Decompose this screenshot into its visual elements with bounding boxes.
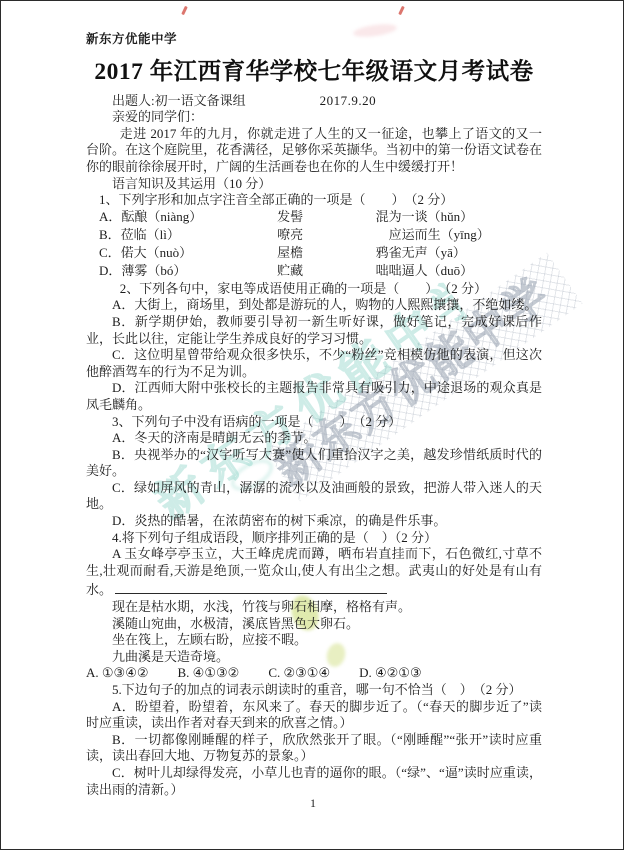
q1-row-d: D．薄雾（bó） 贮藏 咄咄逼人（duō） bbox=[99, 263, 542, 281]
q4-sentence-1: 现在是枯水期，水浅，竹筏与卵石相摩，格格有声。 bbox=[86, 599, 542, 616]
q1-d-word2: 贮藏 bbox=[277, 263, 376, 281]
q2-stem: 2、下列各句中，家电等成语使用正确的一项是（ ） （2 分） bbox=[86, 281, 542, 298]
q1-c-word: C．偌大（nuò） bbox=[99, 245, 277, 263]
page-number: 1 bbox=[1, 796, 624, 811]
q2-option-b: B．新学期伊始，教师要引导初一新生听好课，做好笔记，完成好课后作业，长此以往，定… bbox=[86, 314, 542, 347]
q4-passage: A 玉女峰亭亭玉立，大王峰虎虎而蹲，晒布岩直挂而下，石色微红,寸草不生,壮观而耐… bbox=[86, 546, 542, 599]
q4-sentence-2: 溪随山宛曲，水极清，溪底皆黑色大卵石。 bbox=[86, 616, 542, 633]
q3-stem: 3、下列句子中没有语病的一项是（ ） （2 分） bbox=[86, 414, 542, 431]
q1-options-table: A．酝酿（niàng） 发髻 混为一谈（hǔn） B．莅临（lì） 嘹亮 应运而… bbox=[99, 209, 542, 281]
section-title: 语言知识及其运用（10 分） bbox=[86, 176, 542, 193]
q5-option-c: C．树叶儿却绿得发亮，小草儿也青的逼你的眼。（“绿”、“逼”读时应重读，读出雨的… bbox=[86, 765, 542, 798]
q4-choice-c: C. ②③①④ bbox=[268, 665, 330, 682]
q1-b-word3: 应运而生（yīng） bbox=[376, 227, 542, 245]
q1-a-word2: 发髻 bbox=[277, 209, 376, 227]
q5-option-a: A．盼望着，盼望着，东风来了。春天的脚步近了。（“春天的脚步近了”读时应重读，读… bbox=[86, 699, 542, 732]
intro-paragraph: 走进 2017 年的九月，你就走进了人生的又一征途，也攀上了语文的又一台阶。在这… bbox=[86, 126, 542, 176]
q2-option-a: A．大街上，商场里，到处都是游玩的人，购物的人熙熙攘攘，不绝如缕。 bbox=[86, 297, 542, 314]
q1-b-word2: 嘹亮 bbox=[277, 227, 376, 245]
q2-option-d: D．江西师大附中张校长的主题报告非常具有吸引力，中途退场的观众真是凤毛麟角。 bbox=[86, 380, 542, 413]
q4-sentence-3: 坐在筏上，左顾右盼，应接不暇。 bbox=[86, 632, 542, 649]
q1-stem: 1、下列字形和加点字注音全部正确的一项是（ ） （2 分） bbox=[86, 192, 542, 209]
q3-option-d: D．炎热的酷暑，在浓荫密布的树下乘凉，的确是件乐事。 bbox=[86, 513, 542, 530]
q4-sentence-4: 九曲溪是天造奇境。 bbox=[86, 649, 542, 666]
q1-a-word: A．酝酿（niàng） bbox=[99, 209, 277, 227]
q4-choice-b: B. ④①③② bbox=[178, 665, 240, 682]
q5-option-b: B．一切都像刚睡醒的样子，欣欣然张开了眼。（“刚睡醒”“张开”读时应重读，读出春… bbox=[86, 732, 542, 765]
q1-c-word2: 屋檐 bbox=[277, 245, 376, 263]
exam-title: 2017 年江西育华学校七年级语文月考试卷 bbox=[86, 55, 542, 89]
q5-stem: 5.下边句子的加点的词表示朗读时的重音，哪一句不恰当（ ） （2 分） bbox=[86, 682, 542, 699]
q1-b-word: B．莅临（lì） bbox=[99, 227, 277, 245]
q4-choice-d: D. ④②①③ bbox=[359, 665, 422, 682]
exam-page: 新东方优能中学 新东方优能中学 新东方优能中学 2017 年江西育华学校七年级语… bbox=[0, 0, 624, 850]
q2-option-c: C．这位明星曾带给观众很多快乐，不少“粉丝”竞相模仿他的表演，但这次他醉酒驾车的… bbox=[86, 347, 542, 380]
q4-stem: 4.将下列句子组成语段，顺序排列正确的是（ ）（2 分） bbox=[86, 530, 542, 547]
q1-d-word: D．薄雾（bó） bbox=[99, 263, 277, 281]
salutation: 亲爱的同学们： bbox=[86, 109, 542, 126]
red-scan-mark bbox=[398, 6, 405, 15]
q3-option-a: A．冬天的济南是晴朗无云的季节。 bbox=[86, 430, 542, 447]
q1-row-a: A．酝酿（niàng） 发髻 混为一谈（hǔn） bbox=[99, 209, 542, 227]
q1-a-word3: 混为一谈（hǔn） bbox=[376, 209, 542, 227]
meta-row: 出题人:初一语文备课组2017.9.20 bbox=[86, 93, 542, 110]
school-brand: 新东方优能中学 bbox=[86, 31, 542, 48]
exam-content: 新东方优能中学 2017 年江西育华学校七年级语文月考试卷 出题人:初一语文备课… bbox=[86, 31, 542, 798]
q1-c-word3: 鸦雀无声（yā） bbox=[376, 245, 542, 263]
answer-blank-line bbox=[115, 579, 387, 594]
meta-author: 出题人:初一语文备课组 bbox=[112, 93, 246, 108]
meta-date: 2017.9.20 bbox=[320, 93, 377, 108]
q1-row-b: B．莅临（lì） 嘹亮 应运而生（yīng） bbox=[99, 227, 542, 245]
red-scan-mark bbox=[181, 6, 188, 15]
q4-choice-a: A. ①③④② bbox=[86, 665, 149, 682]
q4-choices-row: A. ①③④② B. ④①③② C. ②③①④ D. ④②①③ bbox=[86, 665, 542, 682]
q3-option-b: B．央视举办的“汉字听写大赛”使人们重拾汉字之美，越发珍惜纸质时代的美好。 bbox=[86, 447, 542, 480]
q3-option-c: C．绿如屏风的青山，潺潺的流水以及油画般的景致，把游人带入迷人的天地。 bbox=[86, 480, 542, 513]
q1-row-c: C．偌大（nuò） 屋檐 鸦雀无声（yā） bbox=[99, 245, 542, 263]
q1-d-word3: 咄咄逼人（duō） bbox=[376, 263, 542, 281]
